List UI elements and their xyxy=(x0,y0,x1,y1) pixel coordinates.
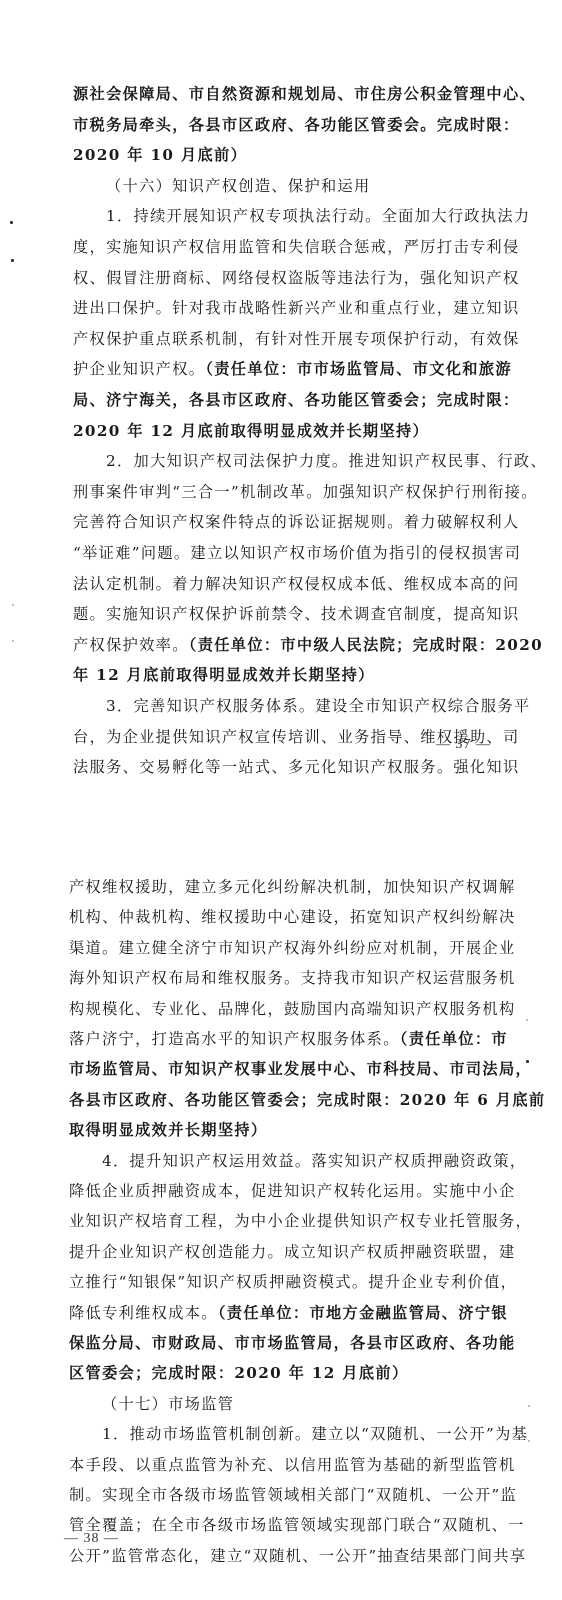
body-text: 1．推动市场监管机制创新。建立以“双随机、一公开”为基 xyxy=(102,1425,528,1443)
text-line: 构规模化、专业化、品牌化，鼓励国内高端知识产权服务机构 xyxy=(69,999,485,1019)
body-text: 法服务、交易孵化等一站式、多元化知识产权服务。强化知识 xyxy=(73,758,520,776)
text-line: 市税务局牵头，各县市区政府、各功能区管委会。完成时限： xyxy=(73,115,489,135)
scan-mark xyxy=(526,1019,528,1021)
body-text: 管全覆盖；在全市各级市场监管领域实现部门联合“双随机、一 xyxy=(69,1516,525,1534)
text-line: 公开”监管常态化，建立“双随机、一公开”抽查结果部门间共享 xyxy=(69,1546,485,1566)
body-text: 3．完善知识产权服务体系。建设全市知识产权综合服务平 xyxy=(106,697,530,715)
body-text: 产权保护重点联系机制，有针对性开展专项保护行动，有效保 xyxy=(73,330,520,348)
responsibility-text: （责任单位：市市场监管局、市文化和旅游 xyxy=(205,360,512,378)
text-line: 2．加大知识产权司法保护力度。推进知识产权民事、行政、 xyxy=(73,451,489,471)
text-line: 降低企业质押融资成本，促进知识产权转化运用。实施中小企 xyxy=(69,1181,485,1201)
text-line: 1．持续开展知识产权专项执法行动。全面加大行政执法力 xyxy=(73,206,489,226)
text-line: （十六）知识产权创造、保护和运用 xyxy=(73,176,489,196)
scan-mark xyxy=(11,259,14,262)
body-text: 本手段、以重点监管为补充、以信用监管为基础的新型监管机 xyxy=(69,1456,516,1474)
body-text: 产权保护效率。 xyxy=(73,636,189,654)
body-text: 制。实现全市各级市场监管领域相关部门“双随机、一公开”监 xyxy=(69,1486,517,1504)
text-line: 业知识产权培育工程，为中小企业提供知识产权专业托管服务， xyxy=(69,1211,485,1231)
body-text: 公开”监管常态化，建立“双随机、一公开”抽查结果部门间共享 xyxy=(69,1547,526,1565)
body-text: 降低专利维权成本。 xyxy=(69,1304,218,1322)
text-line: 2020 年 12 月底前取得明显成效并长期坚持） xyxy=(73,421,489,441)
text-line: 市场监管局、市知识产权事业发展中心、市科技局、市司法局， xyxy=(69,1059,485,1079)
scan-mark xyxy=(528,1440,530,1442)
body-text: 降低企业质押融资成本，促进知识产权转化运用。实施中小企 xyxy=(69,1182,516,1200)
responsibility-text: （责任单位：市 xyxy=(400,1030,508,1048)
text-line: 权、假冒注册商标、网络侵权盗版等违法行为，强化知识产权 xyxy=(73,268,489,288)
text-line: 产权维权援助，建立多元化纠纷解决机制，加快知识产权调解 xyxy=(69,877,485,897)
text-line: 源社会保障局、市自然资源和规划局、市住房公积金管理中心、 xyxy=(73,84,489,104)
body-text: 落户济宁，打造高水平的知识产权服务体系。 xyxy=(69,1030,400,1048)
responsibility-text: 2020 年 12 月底前取得明显成效并长期坚持） xyxy=(73,422,429,440)
page-number-38: — 38 — xyxy=(64,1531,119,1547)
responsibility-text: （责任单位：市地方金融监管局、济宁银 xyxy=(218,1304,508,1322)
body-text: 4．提升知识产权运用效益。落实知识产权质押融资政策， xyxy=(102,1152,526,1170)
body-text: 产权维权援助，建立多元化纠纷解决机制，加快知识产权调解 xyxy=(69,878,516,896)
body-text: 提升企业知识产权创造能力。成立知识产权质押融资联盟，建 xyxy=(69,1243,516,1261)
body-text: 机构、仲裁机构、维权援助中心建设，拓宽知识产权纠纷解决 xyxy=(69,908,516,926)
text-line: 保监分局、市财政局、市市场监管局，各县市区政府、各功能 xyxy=(69,1333,485,1353)
body-text: 立推行“知银保”知识产权质押融资模式。提升企业专利价值， xyxy=(69,1273,517,1291)
body-text: 法认定机制。着力解决知识产权侵权成本低、维权成本高的问 xyxy=(73,575,520,593)
responsibility-text: 源社会保障局、市自然资源和规划局、市住房公积金管理中心、 xyxy=(73,85,536,103)
text-line: 2020 年 10 月底前） xyxy=(73,145,489,165)
body-text: 海外知识产权布局和维权服务。支持我市知识产权运营服务机 xyxy=(69,969,516,987)
text-line: 局、济宁海关，各县市区政府、各功能区管委会；完成时限： xyxy=(73,390,489,410)
text-line: 题。实施知识产权保护诉前禁令、技术调查官制度，提高知识 xyxy=(73,604,489,624)
text-line: 刑事案件审判“三合一”机制改革。加强知识产权保护行刑衔接。 xyxy=(73,482,489,502)
text-line: 制。实现全市各级市场监管领域相关部门“双随机、一公开”监 xyxy=(69,1485,485,1505)
text-line: （十七）市场监管 xyxy=(69,1394,485,1414)
body-text: 1．持续开展知识产权专项执法行动。全面加大行政执法力 xyxy=(106,207,530,225)
scan-mark xyxy=(12,604,14,606)
body-text: 完善符合知识产权案件特点的诉讼证据规则。着力破解权利人 xyxy=(73,513,520,531)
responsibility-text: 局、济宁海关，各县市区政府、各功能区管委会；完成时限： xyxy=(73,391,520,409)
body-text: 护企业知识产权。 xyxy=(73,360,205,378)
text-line: 进出口保护。针对我市战略性新兴产业和重点行业，建立知识 xyxy=(73,298,489,318)
text-line: 管全覆盖；在全市各级市场监管领域实现部门联合“双随机、一 xyxy=(69,1515,485,1535)
responsibility-text: 保监分局、市财政局、市市场监管局，各县市区政府、各功能 xyxy=(69,1334,516,1352)
responsibility-text: 2020 年 10 月底前） xyxy=(73,146,247,164)
responsibility-text: （责任单位：市中级人民法院；完成时限：2020 xyxy=(189,636,543,654)
text-line: 产权保护重点联系机制，有针对性开展专项保护行动，有效保 xyxy=(73,329,489,349)
scan-mark xyxy=(526,1060,529,1063)
body-text: 构规模化、专业化、品牌化，鼓励国内高端知识产权服务机构 xyxy=(69,1000,516,1018)
responsibility-text: 市税务局牵头，各县市区政府、各功能区管委会。完成时限： xyxy=(73,116,520,134)
text-line: 机构、仲裁机构、维权援助中心建设，拓宽知识产权纠纷解决 xyxy=(69,907,485,927)
text-line: 法认定机制。着力解决知识产权侵权成本低、维权成本高的问 xyxy=(73,574,489,594)
responsibility-text: 年 12 月底前取得明显成效并长期坚持） xyxy=(73,666,375,684)
text-line: “举证难”问题。建立以知识产权市场价值为指引的侵权损害司 xyxy=(73,543,489,563)
page-number-37: — 37 — xyxy=(436,737,491,753)
text-line: 海外知识产权布局和维权服务。支持我市知识产权运营服务机 xyxy=(69,968,485,988)
text-line: 台，为企业提供知识产权宣传培训、业务指导、维权援助、司 xyxy=(73,727,489,747)
responsibility-text: 市场监管局、市知识产权事业发展中心、市科技局、市司法局， xyxy=(69,1060,532,1078)
responsibility-text: 区管委会；完成时限：2020 年 12 月底前） xyxy=(69,1364,408,1382)
text-line: 区管委会；完成时限：2020 年 12 月底前） xyxy=(69,1363,485,1383)
body-text: 2．加大知识产权司法保护力度。推进知识产权民事、行政、 xyxy=(106,452,547,470)
text-line: 降低专利维权成本。（责任单位：市地方金融监管局、济宁银 xyxy=(69,1303,485,1323)
text-line: 年 12 月底前取得明显成效并长期坚持） xyxy=(73,665,489,685)
document-page-38: 产权维权援助，建立多元化纠纷解决机制，加快知识产权调解机构、仲裁机构、维权援助中… xyxy=(0,800,562,1600)
text-line: 取得明显成效并长期坚持） xyxy=(69,1120,485,1140)
scan-mark xyxy=(12,640,14,642)
scan-mark xyxy=(528,1405,530,1407)
text-line: 3．完善知识产权服务体系。建设全市知识产权综合服务平 xyxy=(73,696,489,716)
body-text: （十七）市场监管 xyxy=(102,1395,234,1413)
text-line: 各县市区政府、各功能区管委会；完成时限：2020 年 6 月底前 xyxy=(69,1090,485,1110)
text-line: 立推行“知银保”知识产权质押融资模式。提升企业专利价值， xyxy=(69,1272,485,1292)
body-text: 刑事案件审判“三合一”机制改革。加强知识产权保护行刑衔接。 xyxy=(73,483,538,501)
body-text: （十六）知识产权创造、保护和运用 xyxy=(106,177,371,195)
text-line: 提升企业知识产权创造能力。成立知识产权质押融资联盟，建 xyxy=(69,1242,485,1262)
body-text: “举证难”问题。建立以知识产权市场价值为指引的侵权损害司 xyxy=(73,544,521,562)
body-text: 题。实施知识产权保护诉前禁令、技术调查官制度，提高知识 xyxy=(73,605,520,623)
body-text: 渠道。建立健全济宁市知识产权海外纠纷应对机制，开展企业 xyxy=(69,939,516,957)
body-text: 进出口保护。针对我市战略性新兴产业和重点行业，建立知识 xyxy=(73,299,520,317)
text-line: 护企业知识产权。（责任单位：市市场监管局、市文化和旅游 xyxy=(73,359,489,379)
text-line: 落户济宁，打造高水平的知识产权服务体系。（责任单位：市 xyxy=(69,1029,485,1049)
text-line: 法服务、交易孵化等一站式、多元化知识产权服务。强化知识 xyxy=(73,757,489,777)
text-line: 产权保护效率。（责任单位：市中级人民法院；完成时限：2020 xyxy=(73,635,489,655)
responsibility-text: 取得明显成效并长期坚持） xyxy=(69,1121,267,1139)
text-line: 4．提升知识产权运用效益。落实知识产权质押融资政策， xyxy=(69,1151,485,1171)
body-text: 业知识产权培育工程，为中小企业提供知识产权专业托管服务， xyxy=(69,1212,532,1230)
body-text: 度，实施知识产权信用监管和失信联合惩戒，严厉打击专利侵 xyxy=(73,238,520,256)
text-line: 度，实施知识产权信用监管和失信联合惩戒，严厉打击专利侵 xyxy=(73,237,489,257)
text-line: 1．推动市场监管机制创新。建立以“双随机、一公开”为基 xyxy=(69,1424,485,1444)
text-line: 渠道。建立健全济宁市知识产权海外纠纷应对机制，开展企业 xyxy=(69,938,485,958)
body-text: 权、假冒注册商标、网络侵权盗版等违法行为，强化知识产权 xyxy=(73,269,520,287)
scan-mark xyxy=(10,221,13,224)
document-page-37: 源社会保障局、市自然资源和规划局、市住房公积金管理中心、市税务局牵头，各县市区政… xyxy=(0,0,562,800)
text-line: 完善符合知识产权案件特点的诉讼证据规则。着力破解权利人 xyxy=(73,512,489,532)
responsibility-text: 各县市区政府、各功能区管委会；完成时限：2020 年 6 月底前 xyxy=(69,1091,545,1109)
text-line: 本手段、以重点监管为补充、以信用监管为基础的新型监管机 xyxy=(69,1455,485,1475)
